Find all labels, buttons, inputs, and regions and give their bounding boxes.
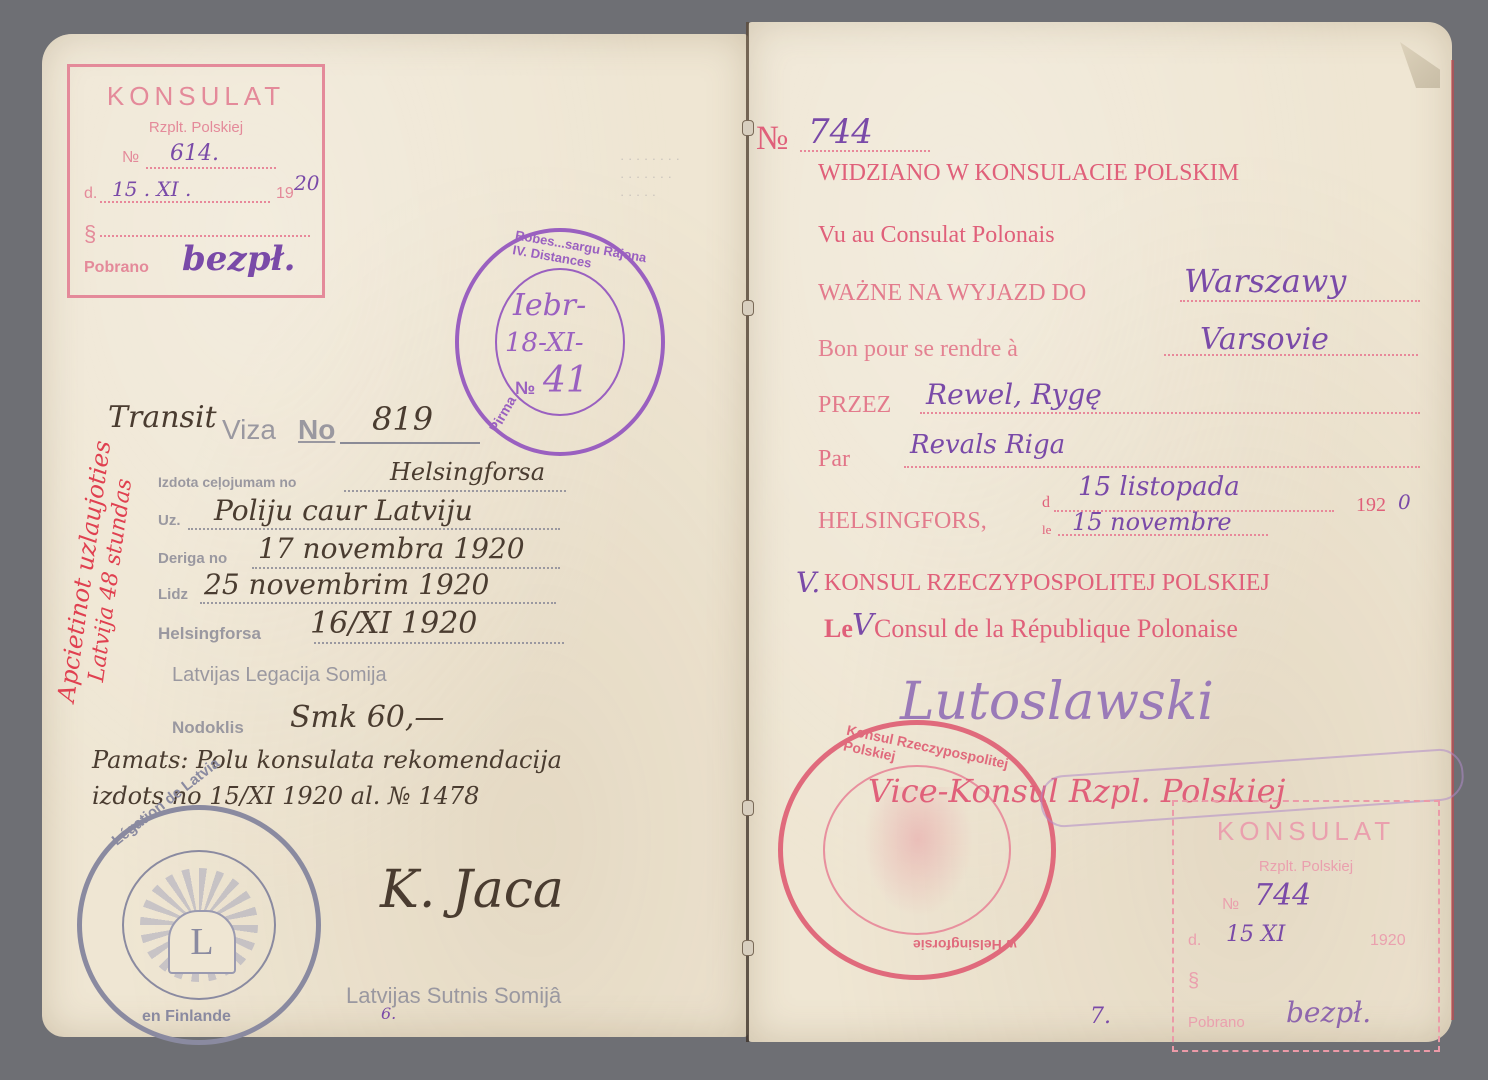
fee-label: Nodoklis (172, 718, 244, 738)
fee-value: Smk 60,— (290, 700, 444, 735)
seal-ring-bottom: w Helsingforsie (913, 937, 1016, 953)
date-value: 15 XI (1226, 922, 1285, 947)
visa-number-label: No (298, 414, 335, 446)
fee-label: Pobrano (84, 259, 149, 277)
date-value: 15 . XI . (112, 177, 191, 201)
stamp-title: KONSULAT (1174, 816, 1438, 847)
date-label-pl: d (1042, 494, 1050, 512)
via-value-fr: Revals Riga (910, 430, 1065, 460)
fee-value: bezpł. (182, 239, 295, 279)
year-prefix: 19 (276, 185, 294, 203)
stamp-subtitle: Rzplt. Polskiej (70, 119, 322, 136)
cover-edge (1451, 60, 1454, 1020)
visa-number-value: 744 (808, 112, 873, 152)
signatory-title: Latvijas Sutnis Somijâ (346, 983, 561, 1009)
section-label: § (84, 221, 96, 247)
consul-fr-mark: V (852, 608, 874, 643)
fee-value: bezpł. (1286, 996, 1371, 1029)
binding-stitch (742, 300, 754, 316)
polish-consulate-seal: Konsul Rzeczypospolitej Polskiej w Helsi… (778, 720, 1056, 980)
valid-value-pl: Warszawy (1184, 262, 1346, 300)
via-label-fr: Par (818, 446, 850, 473)
envoy-signature: K. Jaca (380, 860, 564, 920)
visa-number-value: 819 (372, 400, 433, 438)
visa-row-label: Izdota ceļojumam no (158, 474, 296, 490)
number-value: 614. (170, 141, 219, 166)
page-number-left: 6. (381, 1004, 396, 1023)
consul-title-pl: KONSUL RZECZYPOSPOLITEJ POLSKIEJ (824, 570, 1270, 597)
date-value-fr: 15 novembre (1072, 508, 1232, 536)
year-suffix: 0 (1398, 490, 1411, 514)
faded-print: · · · · · · · ·· · · · · · ·· · · · · (620, 150, 680, 204)
visa-row-value: Helsingforsa (390, 458, 545, 486)
visa-row-value: 16/XI 1920 (310, 606, 477, 641)
border-guard-stamp: Robes...sargu Rajona IV. Distances Pirma… (455, 228, 665, 456)
year-suffix: 20 (294, 171, 319, 195)
stamp-number-value: 41 (543, 360, 589, 401)
via-value-pl: Rewel, Rygę (926, 378, 1102, 411)
visa-row-label: Lidz (158, 586, 188, 603)
spine-fold (746, 22, 749, 1042)
consulate-stamp-left: KONSULAT Rzplt. Polskiej № 614. d. 15 . … (67, 64, 325, 298)
city-label: HELSINGFORS, (818, 508, 987, 535)
ring-text-bottom: Pirma (486, 393, 519, 435)
via-label-pl: PRZEZ (818, 392, 891, 419)
consul-title-fr: Consul de la République Polonaise (874, 614, 1238, 644)
year-prefix: 192 (1356, 494, 1386, 517)
visa-number-label: № (756, 120, 788, 158)
stamp-subtitle: Rzplt. Polskiej (1174, 858, 1438, 875)
visa-row-label: Helsingforsa (158, 624, 261, 644)
stamp-handwriting-1: Iebr- (513, 288, 586, 323)
binding-stitch (742, 120, 754, 136)
consul-pl-mark: V. (796, 566, 820, 599)
stamp-number-label: № (515, 378, 535, 399)
seal-center-letter: L (168, 910, 236, 974)
visa-row-value: 17 novembra 1920 (258, 532, 525, 565)
date-label: d. (1188, 932, 1201, 950)
consulate-stamp-right: KONSULAT Rzplt. Polskiej № 744 d. 15 XI … (1172, 800, 1440, 1052)
number-value: 744 (1254, 878, 1311, 913)
visa-row-value: 25 novembrim 1920 (204, 568, 489, 601)
year: 1920 (1370, 932, 1406, 950)
number-label: № (1222, 896, 1239, 914)
visa-row-value: Poliju caur Latviju (214, 494, 473, 527)
stamp-handwriting-2: 18-XI- (505, 328, 584, 358)
binding-stitch (742, 800, 754, 816)
visa-label: Viza (222, 414, 276, 446)
binding-stitch (742, 940, 754, 956)
stamp-title: KONSULAT (70, 81, 322, 112)
issuer-stamp: Latvijas Legacija Somija (172, 664, 387, 687)
valid-value-fr: Varsovie (1200, 322, 1329, 357)
consul-title-fr-prefix: Le (824, 614, 853, 644)
date-label: d. (84, 185, 97, 203)
valid-label-pl: WAŻNE NA WYJAZD DO (818, 280, 1086, 307)
page-number-right: 7. (1090, 1004, 1111, 1029)
date-label-fr: le (1042, 522, 1051, 538)
transit-note: Transit (108, 400, 217, 435)
latvian-legation-seal: L Légation de Latvia en Finlande (77, 805, 321, 1045)
number-label: № (122, 149, 139, 167)
heading-polish: WIDZIANO W KONSULACIE POLSKIM (818, 160, 1239, 187)
section-label: § (1188, 970, 1199, 993)
visa-row-label: Uz. (158, 512, 181, 529)
seal-ring-bottom: en Finlande (142, 1008, 231, 1026)
heading-french: Vu au Consulat Polonais (818, 222, 1055, 249)
visa-row-label: Deriga no (158, 550, 227, 567)
visa-note-line-1: Pamats: Polu konsulata rekomendacija (92, 746, 562, 774)
fee-label: Pobrano (1188, 1014, 1245, 1031)
date-value-pl: 15 listopada (1078, 472, 1240, 502)
valid-label-fr: Bon pour se rendre à (818, 336, 1018, 363)
